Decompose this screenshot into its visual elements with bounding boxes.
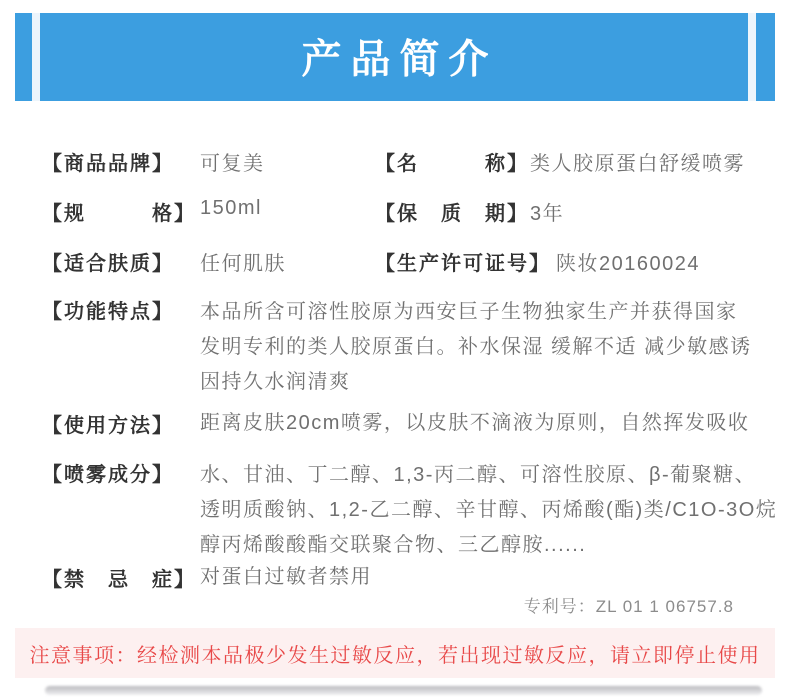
name-label: 【名 称】 <box>375 147 529 176</box>
ingredients-label: 【喷雾成分】 <box>42 458 174 487</box>
license-label: 【生产许可证号】 <box>375 247 551 276</box>
shelflife-label: 【保 质 期】 <box>375 197 529 226</box>
page-title: 产品简介 <box>15 27 775 84</box>
brand-value: 可复美 <box>200 147 265 176</box>
product-intro-page: 产品简介 【商品品牌】 可复美 【名 称】 类人胶原蛋白舒缓喷雾 【规 格】 1… <box>0 0 790 700</box>
spec-row-size-shelflife: 【规 格】 150ml 【保 质 期】 3年 <box>0 197 790 227</box>
size-value: 150ml <box>200 197 262 220</box>
skintype-label: 【适合肤质】 <box>42 247 174 276</box>
warning-text: 注意事项：经检测本品极少发生过敏反应，若出现过敏反应，请立即停止使用 <box>30 639 761 668</box>
license-value: 陕妆20160024 <box>556 247 700 276</box>
ingredients-text: 水、甘油、丁二醇、1,3-丙二醇、可溶性胶原、β-葡聚糖、 透明质酸钠、1,2-… <box>200 458 778 563</box>
spec-row-brand-name: 【商品品牌】 可复美 【名 称】 类人胶原蛋白舒缓喷雾 <box>0 147 790 177</box>
warning-banner: 注意事项：经检测本品极少发生过敏反应，若出现过敏反应，请立即停止使用 <box>15 628 775 678</box>
header-banner: 产品简介 <box>15 13 775 101</box>
bottom-shadow-divider <box>45 686 762 695</box>
contraindications-text: 对蛋白过敏者禁用 <box>200 563 778 591</box>
patent-number: 专利号：ZL 01 1 06757.8 <box>524 592 734 617</box>
features-text: 本品所含可溶性胶原为西安巨子生物独家生产并获得国家 发明专利的类人胶原蛋白。补水… <box>200 295 778 400</box>
skintype-value: 任何肌肤 <box>200 247 286 276</box>
brand-label: 【商品品牌】 <box>42 147 174 176</box>
spec-row-skintype-license: 【适合肤质】 任何肌肤 【生产许可证号】 陕妆20160024 <box>0 247 790 277</box>
usage-label: 【使用方法】 <box>42 409 174 438</box>
usage-text: 距离皮肤20cm喷雾，以皮肤不滴液为原则，自然挥发吸收 <box>200 409 778 437</box>
shelflife-value: 3年 <box>530 197 564 226</box>
size-label: 【规 格】 <box>42 197 196 226</box>
name-value: 类人胶原蛋白舒缓喷雾 <box>530 147 745 176</box>
contraindications-label: 【禁 忌 症】 <box>42 563 196 592</box>
features-label: 【功能特点】 <box>42 295 174 324</box>
